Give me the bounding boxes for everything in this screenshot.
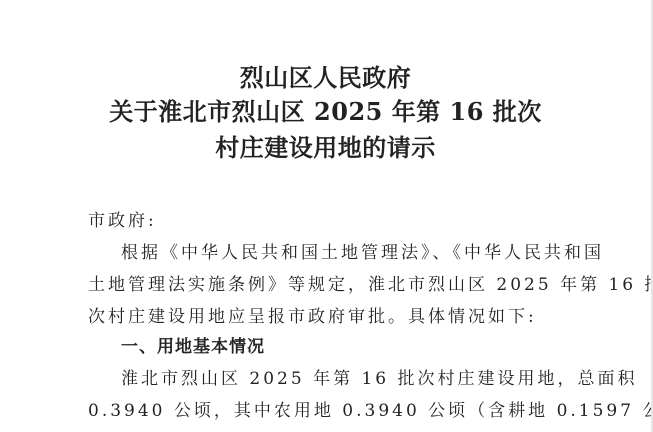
body-line-3: 次村庄建设用地应呈报市政府审批。具体情况如下: (88, 302, 537, 327)
document-title-line-2: 关于淮北市烈山区 2025 年第 16 批次 (0, 92, 651, 127)
document-page: 烈山区人民政府 关于淮北市烈山区 2025 年第 16 批次 村庄建设用地的请示… (0, 0, 651, 432)
body-line-1: 根据《中华人民共和国土地管理法》、《中华人民共和国 (121, 238, 604, 263)
document-title-line-3: 村庄建设用地的请示 (0, 128, 651, 163)
body-line-2: 土地管理法实施条例》等规定，淮北市烈山区 2025 年第 16 批 (88, 270, 653, 295)
addressee: 市政府: (88, 206, 157, 231)
section-line-1: 淮北市烈山区 2025 年第 16 批次村庄建设用地，总面积 (121, 364, 638, 389)
section-heading: 一、用地基本情况 (121, 332, 265, 357)
section-line-2: 0.3940 公顷，其中农用地 0.3940 公顷（含耕地 0.1597 公顷）… (88, 396, 653, 421)
document-title-issuer: 烈山区人民政府 (0, 58, 651, 93)
